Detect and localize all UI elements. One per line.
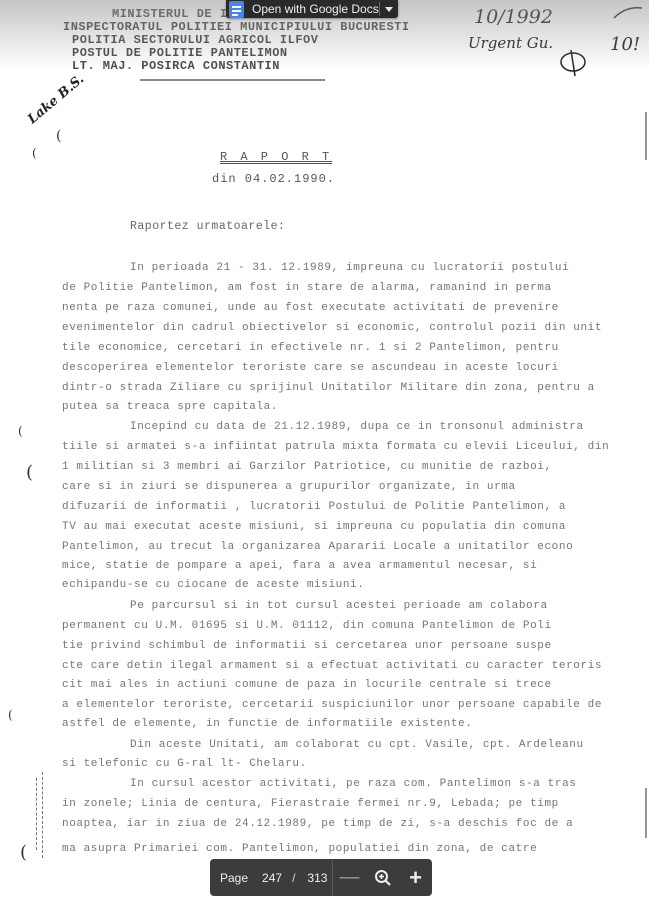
handwritten-flourish-icon: [612, 2, 644, 22]
document-date: din 04.02.1990.: [212, 172, 335, 186]
handwritten-reference: 10/1992: [474, 6, 553, 28]
body-line: In cursul acestor activitati, pe raza co…: [130, 778, 576, 790]
body-line: cit mai ales in actiuni comune de paza i…: [62, 679, 552, 691]
caret-down-icon: [385, 7, 393, 12]
open-with-dropdown[interactable]: [380, 0, 398, 18]
body-line: Pantelimon, au trecut la organizarea Apa…: [62, 541, 573, 553]
body-line: Din aceste Unitati, am colaborat cu cpt.…: [130, 739, 584, 751]
body-line: tiile si armatei s-a infiintat patrula m…: [62, 441, 609, 453]
page-separator: /: [292, 871, 295, 885]
handwritten-note: Urgent Gu.: [468, 34, 553, 52]
body-line: dintr-o strada Ziliare cu sprijinul Unit…: [62, 382, 595, 394]
current-page[interactable]: 247: [262, 871, 282, 885]
margin-bracket-mark: (: [18, 424, 23, 438]
google-docs-icon: [229, 1, 244, 18]
page-navigation-toolbar: Page 247 / 313 — +: [210, 859, 432, 896]
header-underline: [140, 79, 325, 81]
page-edge-mark: [645, 112, 647, 160]
body-line: tile economice, cercetari in efectivele …: [62, 342, 559, 354]
open-with-google-docs-button[interactable]: Open with Google Docs: [226, 0, 398, 18]
minus-icon: —: [340, 866, 360, 889]
body-line: tie privind schimbul de informatii si ce…: [62, 640, 552, 652]
body-line: evenimentelor din cadrul obiectivelor si…: [62, 322, 602, 334]
body-line: putea sa treaca spre capitala.: [62, 401, 278, 413]
margin-bracket-mark: (: [26, 462, 33, 483]
body-line: permanent cu U.M. 01695 si U.M. 01112, d…: [62, 620, 552, 632]
margin-line: [36, 778, 37, 850]
zoom-in-button[interactable]: +: [399, 859, 432, 896]
zoom-reset-button[interactable]: [366, 859, 399, 896]
body-line: in zonele; Linia de centura, Fierastraie…: [62, 798, 559, 810]
margin-bracket-mark: (: [32, 146, 37, 160]
body-line: noaptea, iar in ziua de 24.12.1989, pe t…: [62, 818, 573, 830]
zoom-out-button[interactable]: —: [333, 859, 366, 896]
scanned-page: MINISTERUL DE INTERNE INSPECTORATUL POLI…: [0, 0, 649, 901]
header-line-4: POSTUL DE POLITIE PANTELIMON: [72, 46, 288, 60]
document-title: R A P O R T: [220, 150, 332, 164]
margin-line: [42, 772, 43, 858]
body-line: difuzarii de informatii , lucratorii Pos…: [62, 501, 566, 513]
body-line: nenta pe raza comunei, unde au fost exec…: [62, 302, 559, 314]
body-line: Pe parcursul si in tot cursul acestei pe…: [130, 600, 548, 612]
body-line: mice, statie de pompare a apei, fara a a…: [62, 560, 537, 572]
body-line: In perioada 21 - 31. 12.1989, impreuna c…: [130, 262, 569, 274]
header-line-5: LT. MAJ. POSIRCA CONSTANTIN: [72, 59, 280, 73]
body-line: de Politie Pantelimon, am fost in stare …: [62, 282, 552, 294]
body-line: care si in ziuri se dispunerea a grupuri…: [62, 481, 516, 493]
handwritten-margin-note: Lake B.S.: [25, 72, 87, 127]
total-pages: 313: [307, 871, 327, 885]
body-line: si telefonic cu G-ral lt- Chelaru.: [62, 758, 307, 770]
margin-bracket-mark: (: [8, 708, 13, 722]
handwritten-corner-number: 10!: [610, 34, 640, 55]
margin-bracket-mark: (: [20, 842, 27, 863]
body-line: Incepind cu data de 21.12.1989, dupa ce …: [130, 421, 584, 433]
document-viewer: MINISTERUL DE INTERNE INSPECTORATUL POLI…: [0, 0, 649, 901]
body-line: 1 militian si 3 membri ai Garzilor Patri…: [62, 461, 552, 473]
header-line-2: INSPECTORATUL POLITIEI MUNICIPIULUI BUCU…: [63, 20, 410, 34]
body-line: astfel de elemente, in functie de inform…: [62, 718, 472, 730]
handwritten-stamp-icon: [558, 48, 588, 78]
body-line: TV au mai executat aceste misiuni, si im…: [62, 521, 566, 533]
page-indicator[interactable]: Page 247 / 313: [210, 871, 332, 885]
body-line: echipandu-se cu ciocane de aceste misiun…: [62, 579, 364, 591]
document-salutation: Raportez urmatoarele:: [130, 220, 285, 233]
body-line: cte care detin ilegal armament si a efec…: [62, 660, 602, 672]
body-line: ma asupra Primariei com. Pantelimon, pop…: [62, 843, 537, 855]
open-with-label: Open with Google Docs: [252, 2, 379, 16]
magnifier-icon: [374, 869, 392, 887]
body-line: a elementelor teroriste, cercetarii susp…: [62, 699, 602, 711]
page-label: Page: [220, 871, 248, 885]
body-line: descoperirea elementelor teroriste care …: [62, 362, 559, 374]
plus-icon: +: [409, 865, 422, 891]
header-line-3: POLITIA SECTORULUI AGRICOL ILFOV: [72, 33, 318, 47]
margin-bracket-mark: (: [56, 128, 61, 144]
page-edge-mark: [645, 788, 647, 838]
